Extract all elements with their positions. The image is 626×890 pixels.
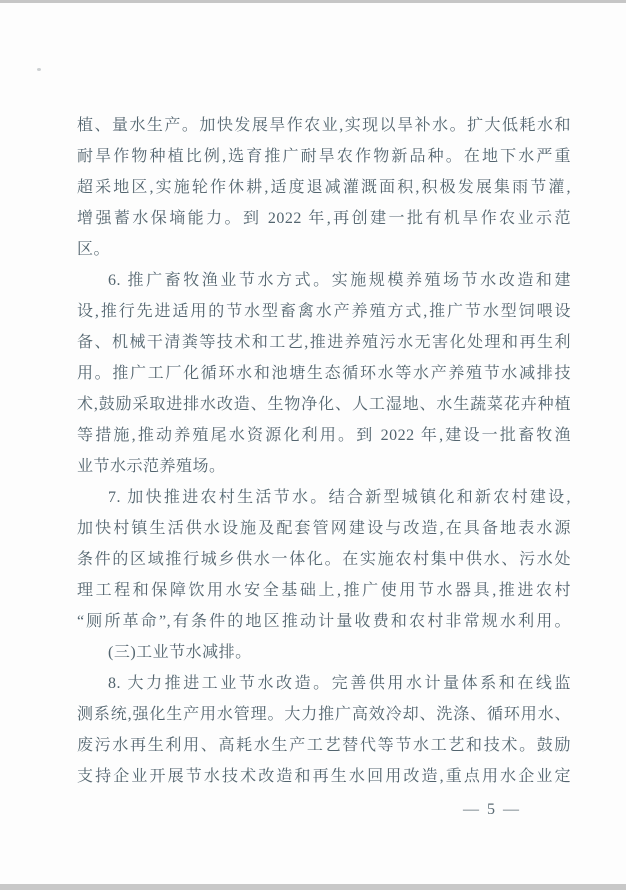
- text-line: 理工程和保障饮用水安全基础上,推广使用节水器具,推进农村: [77, 575, 571, 606]
- section-heading-line: (三)工业节水减排。: [77, 637, 571, 668]
- text-line: 术,鼓励采取进排水改造、生物净化、人工湿地、水生蔬菜花卉种植: [77, 389, 571, 420]
- text-line: 设,推行先进适用的节水型畜禽水产养殖方式,推广节水型饲喂设: [77, 296, 571, 327]
- text-line: 8. 大力推进工业节水改造。完善供用水计量体系和在线监: [77, 668, 571, 699]
- text-line: 测系统,强化生产用水管理。大力推广高效冷却、洗涤、循环用水、: [77, 699, 571, 730]
- text-line: 区。: [77, 234, 571, 265]
- text-line: 支持企业开展节水技术改造和再生水回用改造,重点用水企业定: [77, 761, 571, 792]
- document-body: 植、量水生产。加快发展旱作农业,实现以旱补水。扩大低耗水和 耐旱作物种植比例,选…: [77, 110, 571, 792]
- text-line: 6. 推广畜牧渔业节水方式。实施规模养殖场节水改造和建: [77, 265, 571, 296]
- paragraph-item-7: 7. 加快推进农村生活节水。结合新型城镇化和新农村建设, 加快村镇生活供水设施及…: [77, 482, 571, 637]
- text-line: 增强蓄水保墒能力。到 2022 年,再创建一批有机旱作农业示范: [77, 203, 571, 234]
- scan-edge-bottom: [0, 884, 626, 890]
- text-line: 备、机械干清粪等技术和工艺,推进养殖污水无害化处理和再生利: [77, 327, 571, 358]
- text-line: 业节水示范养殖场。: [77, 451, 571, 482]
- text-line: 植、量水生产。加快发展旱作农业,实现以旱补水。扩大低耗水和: [77, 110, 571, 141]
- paragraph-section-heading: (三)工业节水减排。: [77, 637, 571, 668]
- text-line: 用。推广工厂化循环水和池塘生态循环水等水产养殖节水减排技: [77, 358, 571, 389]
- text-line: 7. 加快推进农村生活节水。结合新型城镇化和新农村建设,: [77, 482, 571, 513]
- document-page: 植、量水生产。加快发展旱作农业,实现以旱补水。扩大低耗水和 耐旱作物种植比例,选…: [0, 0, 626, 890]
- paragraph-item-6: 6. 推广畜牧渔业节水方式。实施规模养殖场节水改造和建 设,推行先进适用的节水型…: [77, 265, 571, 482]
- text-line: 超采地区,实施轮作休耕,适度退减灌溉面积,积极发展集雨节灌,: [77, 172, 571, 203]
- text-line: 耐旱作物种植比例,选育推广耐旱农作物新品种。在地下水严重: [77, 141, 571, 172]
- text-line: 废污水再生利用、高耗水生产工艺替代等节水工艺和技术。鼓励: [77, 730, 571, 761]
- scan-speckle: [37, 68, 41, 71]
- text-line: “厕所革命”,有条件的地区推动计量收费和农村非常规水利用。: [77, 606, 571, 637]
- paragraph-continuation: 植、量水生产。加快发展旱作农业,实现以旱补水。扩大低耗水和 耐旱作物种植比例,选…: [77, 110, 571, 265]
- text-line: 等措施,推动养殖尾水资源化利用。到 2022 年,建设一批畜牧渔: [77, 420, 571, 451]
- text-line: 条件的区域推行城乡供水一体化。在实施农村集中供水、污水处: [77, 544, 571, 575]
- page-number: — 5 —: [0, 799, 521, 821]
- paragraph-item-8: 8. 大力推进工业节水改造。完善供用水计量体系和在线监 测系统,强化生产用水管理…: [77, 668, 571, 792]
- scan-edge-top: [0, 0, 626, 3]
- text-line: 加快村镇生活供水设施及配套管网建设与改造,在具备地表水源: [77, 513, 571, 544]
